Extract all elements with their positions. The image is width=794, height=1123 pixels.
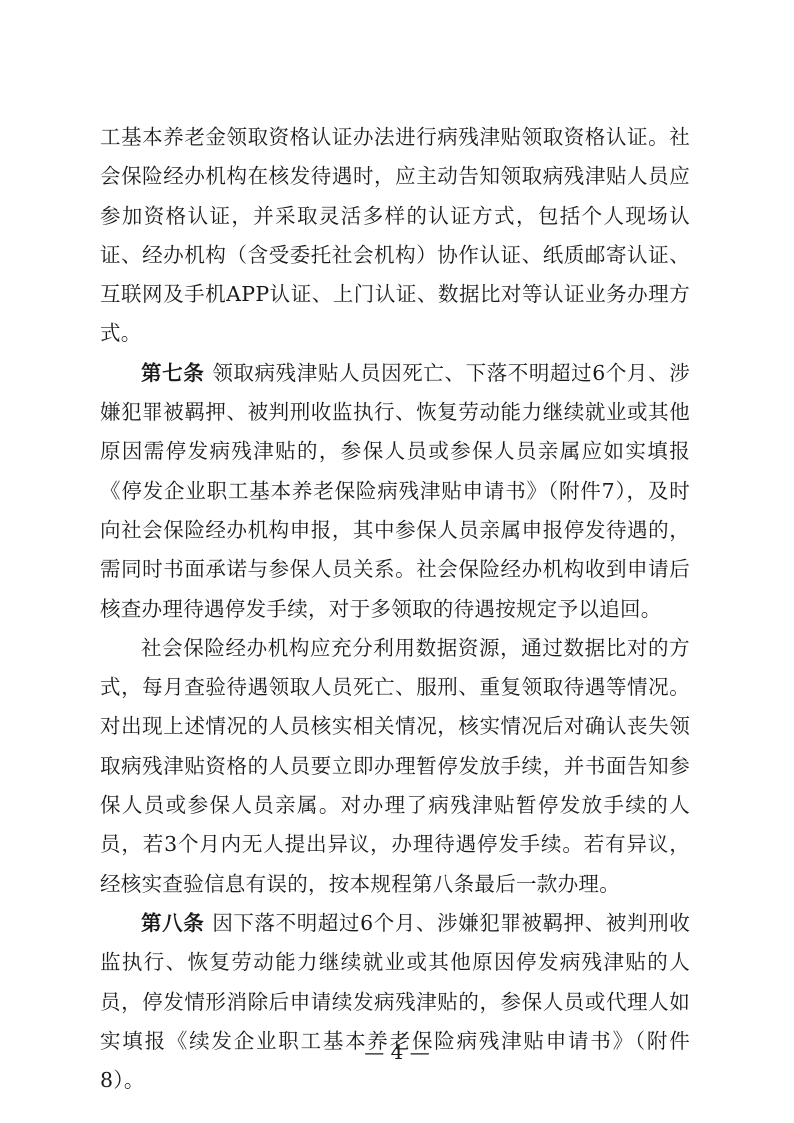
paragraph-article-8: 第八条因下落不明超过6个月、涉嫌犯罪被羁押、被判刑收监执行、恢复劳动能力继续就业…: [100, 904, 690, 1100]
paragraph-article-7: 第七条领取病残津贴人员因死亡、下落不明超过6个月、涉嫌犯罪被羁押、被判刑收监执行…: [100, 354, 690, 629]
paragraph-data-verification: 社会保险经办机构应充分利用数据资源，通过数据比对的方式，每月查验待遇领取人员死亡…: [100, 629, 690, 904]
article-label: 第七条: [141, 361, 204, 385]
article-label: 第八条: [141, 911, 204, 935]
paragraph-text: 社会保险经办机构应充分利用数据资源，通过数据比对的方式，每月查验待遇领取人员死亡…: [100, 636, 690, 896]
paragraph-text: 工基本养老金领取资格认证办法进行病残津贴领取资格认证。社会保险经办机构在核发待遇…: [100, 125, 690, 345]
paragraph-text: 领取病残津贴人员因死亡、下落不明超过6个月、涉嫌犯罪被羁押、被判刑收监执行、恢复…: [100, 361, 690, 621]
document-body: 工基本养老金领取资格认证办法进行病残津贴领取资格认证。社会保险经办机构在核发待遇…: [100, 118, 690, 1100]
page-number: — 4 —: [0, 1038, 794, 1066]
paragraph-certification-methods: 工基本养老金领取资格认证办法进行病残津贴领取资格认证。社会保险经办机构在核发待遇…: [100, 118, 690, 354]
